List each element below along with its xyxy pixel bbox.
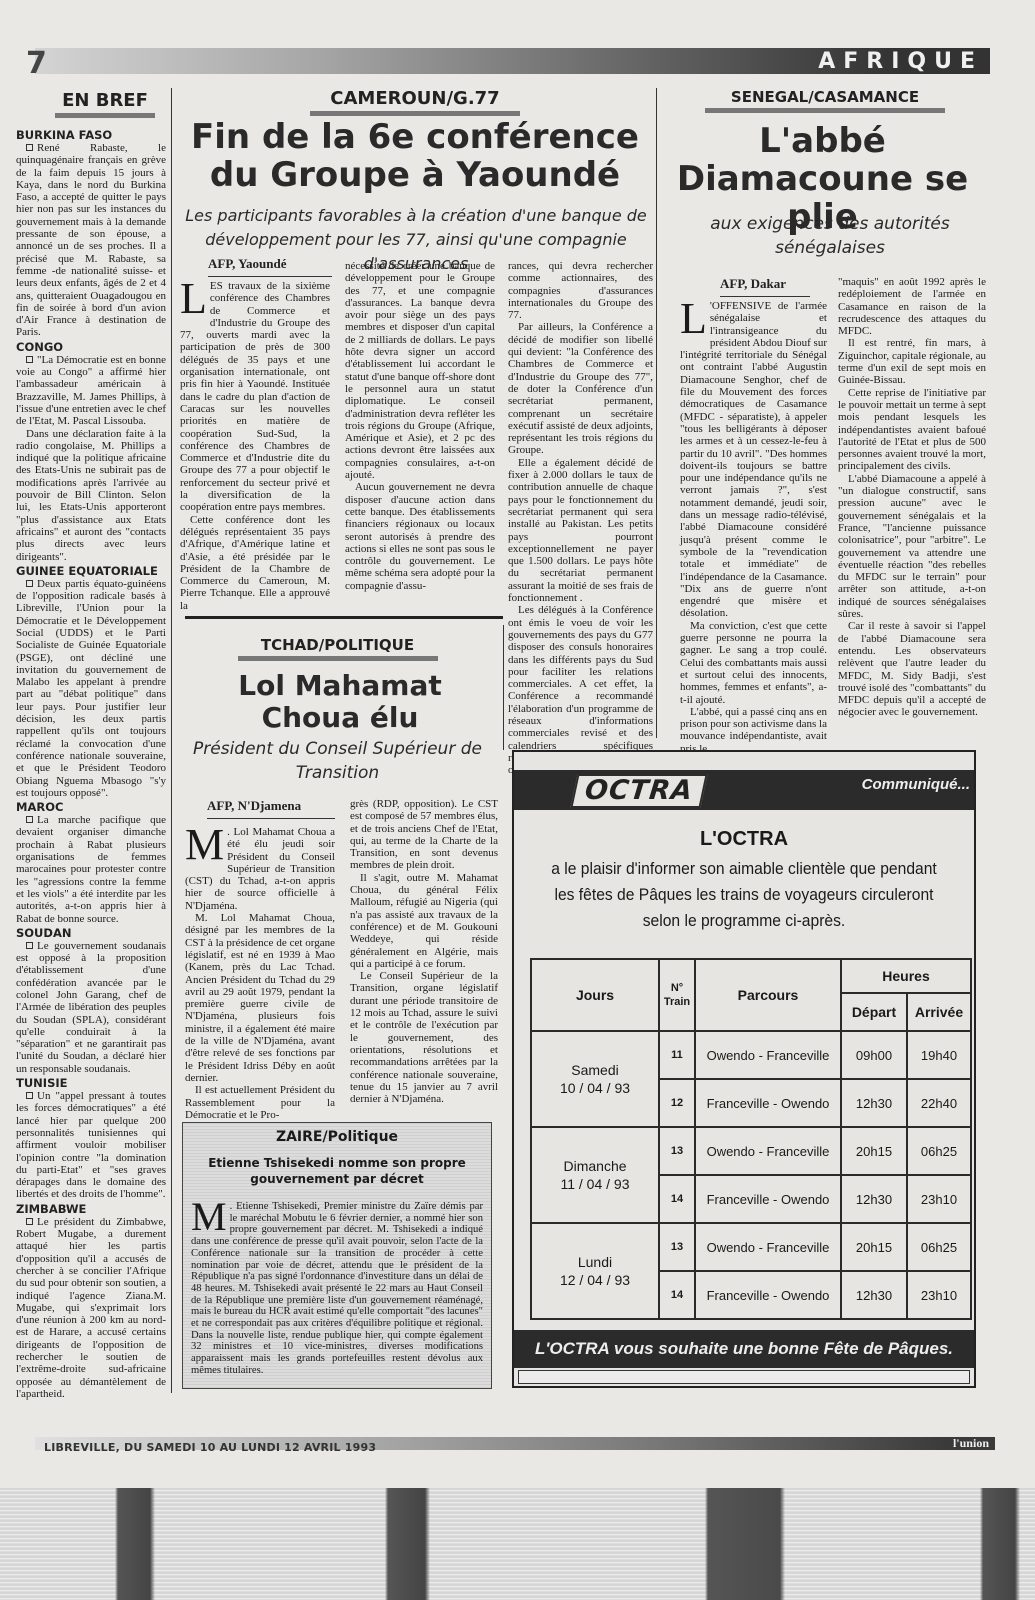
paragraph: nécessité de créer une banque de dévelop…: [345, 260, 495, 481]
brief-country-heading: BURKINA FASO: [16, 128, 166, 142]
tchad-kicker: TCHAD/POLITIQUE: [175, 636, 500, 661]
drop-cap: M: [185, 827, 224, 863]
schedule-row: Dimanche11 / 04 / 9313Owendo - Francevil…: [531, 1127, 971, 1175]
octra-logo: OCTRA: [570, 774, 707, 808]
cameroun-column-1: L ES travaux de la sixième conférence de…: [180, 280, 330, 612]
schedule-cell-depart: 09h00: [841, 1031, 907, 1079]
paragraph: grès (RDP, opposition). Le CST est compo…: [350, 798, 498, 872]
cameroun-column-2: nécessité de créer une banque de dévelop…: [345, 260, 495, 592]
schedule-cell-depart: 20h15: [841, 1127, 907, 1175]
tchad-column-2: grès (RDP, opposition). Le CST est compo…: [350, 798, 498, 1105]
paragraph: Elle a également décidé de fixer à 2.000…: [508, 457, 653, 605]
en-bref-column: BURKINA FASORené Rabaste, le quinquagéna…: [16, 127, 166, 1400]
newspaper-brand: l'union: [953, 1436, 989, 1451]
column-divider: [171, 88, 172, 1393]
bullet-box-icon: [26, 1092, 33, 1099]
col-header-heures: Heures: [841, 959, 971, 993]
train-schedule-table: Jours N°Train Parcours Heures Départ Arr…: [530, 958, 972, 1320]
brief-country-heading: MAROC: [16, 800, 166, 814]
section-divider: [185, 616, 503, 619]
schedule-day-cell: Lundi12 / 04 / 93: [531, 1223, 659, 1319]
paragraph: Car il reste à savoir si l'appel de l'ab…: [838, 620, 986, 718]
paragraph: "maquis" en août 1992 après le redéploie…: [838, 276, 986, 337]
brief-paragraph: Un "appel pressant à toutes les forces d…: [16, 1090, 166, 1201]
brief-text: Le président du Zimbabwe, Robert Mugabe,…: [16, 1216, 166, 1400]
scan-artifact-strip: [0, 1488, 1035, 1600]
bullet-box-icon: [26, 942, 33, 949]
senegal-column-2: "maquis" en août 1992 après le redéploie…: [838, 276, 986, 719]
brief-text: René Rabaste, le quinquagénaire français…: [16, 142, 166, 338]
col-header-arrivee: Arrivée: [907, 993, 971, 1031]
senegal-deck: aux exigences des autorités sénégalaises: [690, 212, 970, 260]
schedule-cell-depart: 20h15: [841, 1223, 907, 1271]
paragraph: Il s'agit, outre M. Mahamat Choua, du gé…: [350, 872, 498, 970]
brief-country-heading: TUNISIE: [16, 1076, 166, 1090]
senegal-column-1: L 'OFFENSIVE de l'armée sénégalaise et l…: [680, 300, 827, 755]
schedule-cell-arrivee: 06h25: [907, 1223, 971, 1271]
paragraph: Cette reprise de l'initiative par le pou…: [838, 387, 986, 473]
paragraph: 'OFFENSIVE de l'armée sénégalaise et l'i…: [680, 300, 827, 620]
paragraph: Par ailleurs, la Conférence a décidé de …: [508, 321, 653, 456]
paragraph: Aucun gouvernement ne devra disposer d'a…: [345, 481, 495, 592]
schedule-cell-route: Franceville - Owendo: [695, 1175, 841, 1223]
ad-communique-label: Communiqué...: [862, 776, 970, 793]
schedule-cell-num: 13: [659, 1223, 695, 1271]
col-header-train: N°Train: [659, 959, 695, 1031]
column-divider: [503, 625, 504, 750]
brief-country-heading: GUINEE EQUATORIALE: [16, 564, 166, 578]
schedule-cell-route: Franceville - Owendo: [695, 1271, 841, 1319]
brief-text: Dans une déclaration faite à la radio co…: [16, 428, 166, 563]
cameroun-kicker: CAMEROUN/G.77: [175, 88, 655, 116]
paragraph: M. Lol Mahamat Choua, désigné par les me…: [185, 912, 335, 1084]
tchad-dateline: AFP, N'Djamena: [185, 798, 335, 819]
brief-text: Deux partis équato-guinéens de l'opposit…: [16, 578, 166, 799]
tchad-headline: Lol Mahamat Choua élu: [190, 670, 490, 734]
paragraph: L'abbé, qui a passé cinq ans en prison p…: [680, 706, 827, 755]
col-header-parcours: Parcours: [695, 959, 841, 1031]
schedule-cell-depart: 12h30: [841, 1271, 907, 1319]
brief-paragraph: Le président du Zimbabwe, Robert Mugabe,…: [16, 1216, 166, 1400]
paragraph: L'abbé Diamacoune a appelé à "un dialogu…: [838, 473, 986, 621]
brief-paragraph: René Rabaste, le quinquagénaire français…: [16, 142, 166, 339]
brief-paragraph: La marche pacifique que devaient organis…: [16, 814, 166, 925]
drop-cap: M: [191, 1202, 227, 1232]
col-header-depart: Départ: [841, 993, 907, 1031]
ad-footer-banner: L'OCTRA vous souhaite une bonne Fête de …: [514, 1330, 974, 1368]
schedule-cell-num: 14: [659, 1175, 695, 1223]
tchad-deck: Président du Conseil Supérieur de Transi…: [185, 737, 490, 785]
drop-cap: L: [180, 281, 207, 317]
senegal-kicker: SENEGAL/CASAMANCE: [665, 88, 985, 113]
schedule-cell-arrivee: 22h40: [907, 1079, 971, 1127]
brief-text: La marche pacifique que devaient organis…: [16, 814, 166, 924]
brief-paragraph: Deux partis équato-guinéens de l'opposit…: [16, 578, 166, 799]
schedule-row: Lundi12 / 04 / 9313Owendo - Franceville2…: [531, 1223, 971, 1271]
schedule-row: Samedi10 / 04 / 9311Owendo - Franceville…: [531, 1031, 971, 1079]
paragraph: Cette conférence dont les délégués repré…: [180, 514, 330, 612]
ad-bottom-strip: [518, 1370, 970, 1384]
schedule-cell-num: 12: [659, 1079, 695, 1127]
schedule-cell-num: 11: [659, 1031, 695, 1079]
zaire-kicker: ZAIRE/Politique: [183, 1129, 491, 1145]
newspaper-page: 7 AFRIQUE EN BREF BURKINA FASORené Rabas…: [0, 0, 1035, 1490]
paragraph: Il est actuellement Président du Rassemb…: [185, 1084, 335, 1121]
schedule-cell-num: 13: [659, 1127, 695, 1175]
ad-title: L'OCTRA: [514, 828, 974, 851]
col-header-jours: Jours: [531, 959, 659, 1031]
schedule-day-cell: Dimanche11 / 04 / 93: [531, 1127, 659, 1223]
schedule-cell-num: 14: [659, 1271, 695, 1319]
schedule-cell-route: Franceville - Owendo: [695, 1079, 841, 1127]
schedule-cell-arrivee: 06h25: [907, 1127, 971, 1175]
zaire-body: M . Etienne Tshisekedi, Premier ministre…: [191, 1201, 483, 1377]
schedule-cell-route: Owendo - Franceville: [695, 1127, 841, 1175]
zaire-headline: Etienne Tshisekedi nomme son propre gouv…: [203, 1155, 471, 1187]
schedule-day-cell: Samedi10 / 04 / 93: [531, 1031, 659, 1127]
schedule-cell-route: Owendo - Franceville: [695, 1031, 841, 1079]
brief-text: "La Démocratie est en bonne voie au Cong…: [16, 354, 166, 427]
schedule-cell-arrivee: 23h10: [907, 1175, 971, 1223]
zaire-brief-box: ZAIRE/Politique Etienne Tshisekedi nomme…: [182, 1122, 492, 1389]
cameroun-column-3: rances, qui devra rechercher comme actio…: [508, 260, 653, 776]
bullet-box-icon: [26, 144, 33, 151]
paragraph: . Etienne Tshisekedi, Premier ministre d…: [191, 1201, 483, 1376]
schedule-cell-depart: 12h30: [841, 1175, 907, 1223]
brief-country-heading: ZIMBABWE: [16, 1202, 166, 1216]
schedule-cell-arrivee: 23h10: [907, 1271, 971, 1319]
brief-text: Le gouvernement soudanais est opposé à l…: [16, 940, 166, 1075]
tchad-column-1: M . Lol Mahamat Choua a été élu jeudi so…: [185, 826, 335, 1121]
column-divider: [656, 88, 657, 738]
paragraph: Ma conviction, c'est que cette guerre pe…: [680, 620, 827, 706]
footer-dateline: LIBREVILLE, DU SAMEDI 10 AU LUNDI 12 AVR…: [44, 1441, 376, 1454]
paragraph: Il est rentré, fin mars, à Ziguinchor, c…: [838, 337, 986, 386]
bullet-box-icon: [26, 580, 33, 587]
ad-text: a le plaisir d'informer son aimable clie…: [540, 856, 948, 934]
page-number: 7: [26, 48, 47, 80]
schedule-cell-route: Owendo - Franceville: [695, 1223, 841, 1271]
brief-paragraph: "La Démocratie est en bonne voie au Cong…: [16, 354, 166, 428]
en-bref-title: EN BREF: [55, 90, 155, 118]
brief-paragraph: Dans une déclaration faite à la radio co…: [16, 428, 166, 563]
brief-text: Un "appel pressant à toutes les forces d…: [16, 1090, 166, 1200]
bullet-box-icon: [26, 816, 33, 823]
drop-cap: L: [680, 301, 707, 337]
paragraph: Le Conseil Supérieur de la Transition, o…: [350, 970, 498, 1105]
schedule-cell-arrivee: 19h40: [907, 1031, 971, 1079]
bullet-box-icon: [26, 1218, 33, 1225]
cameroun-headline: Fin de la 6e conférence du Groupe à Yaou…: [180, 118, 650, 194]
bullet-box-icon: [26, 356, 33, 363]
section-title: AFRIQUE: [818, 49, 983, 74]
brief-country-heading: SOUDAN: [16, 926, 166, 940]
paragraph: rances, qui devra rechercher comme actio…: [508, 260, 653, 321]
brief-paragraph: Le gouvernement soudanais est opposé à l…: [16, 940, 166, 1075]
schedule-cell-depart: 12h30: [841, 1079, 907, 1127]
octra-advertisement: OCTRA Communiqué... L'OCTRA a le plaisir…: [512, 750, 976, 1388]
brief-country-heading: CONGO: [16, 340, 166, 354]
